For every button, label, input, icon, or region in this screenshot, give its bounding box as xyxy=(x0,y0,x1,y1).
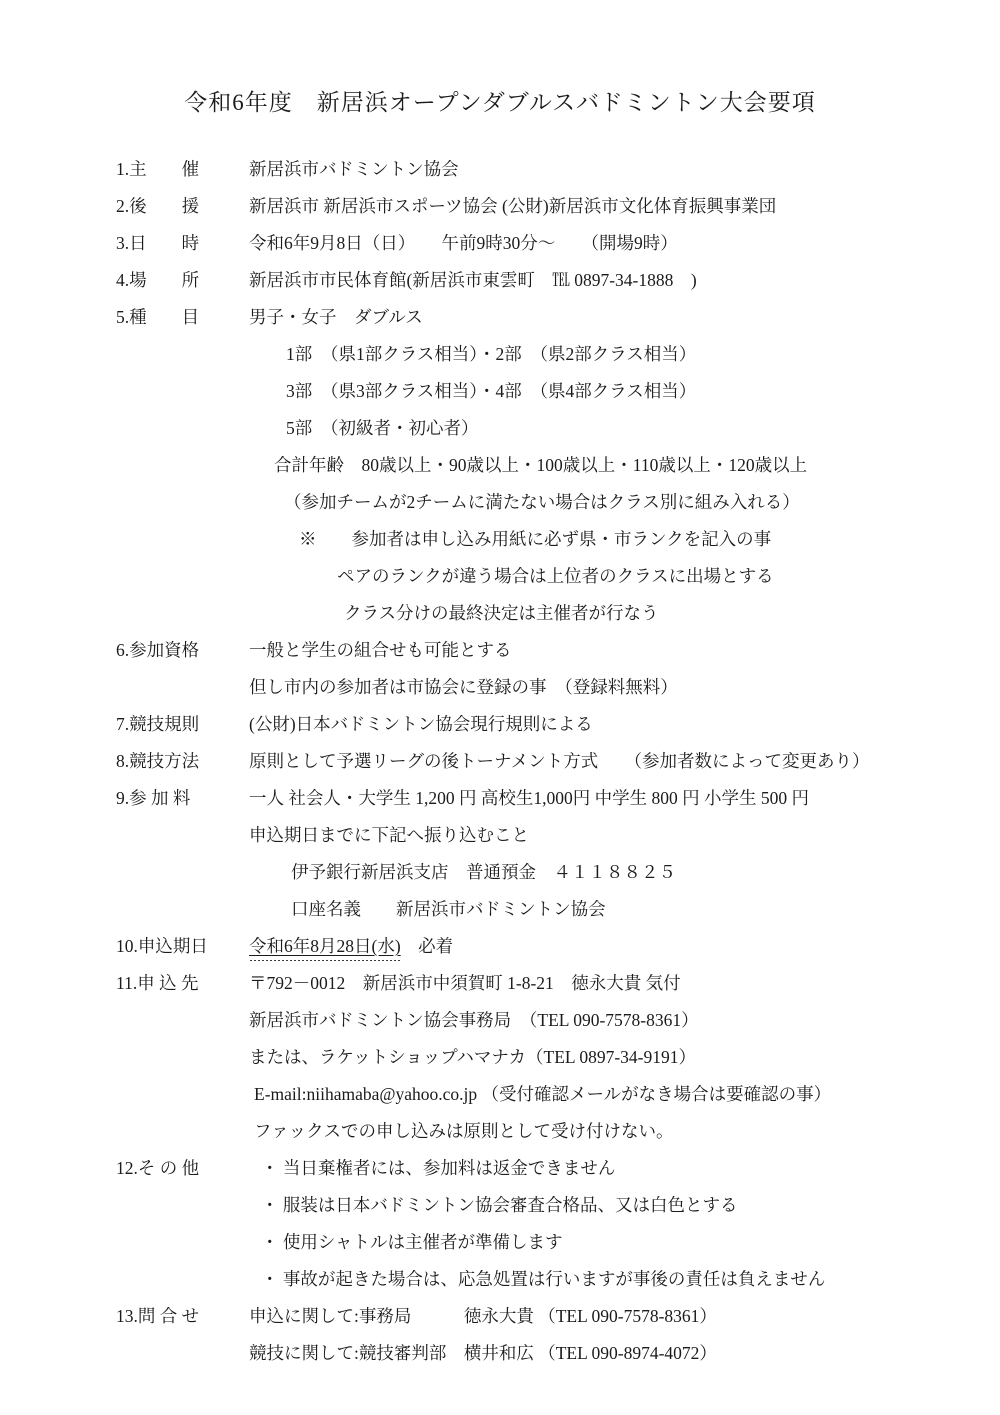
item-text: ※ 参加者は申し込み用紙に必ず県・市ランクを記入の事 xyxy=(299,521,771,558)
item-label: 4.場 所 xyxy=(116,262,249,299)
item-label: 13.問 合 せ xyxy=(116,1298,249,1335)
item-text: (公財)日本バドミントン協会現行規則による xyxy=(249,706,593,743)
item-label: 7.競技規則 xyxy=(116,706,249,743)
item-label: 12.そ の 他 xyxy=(116,1150,249,1187)
item-text: 〒792－0012 新居浜市中須賀町 1-8-21 徳永大貴 気付 xyxy=(249,965,681,1002)
row-pair-rank-note: ペアのランクが違う場合は上位者のクラスに出場とする xyxy=(116,558,970,595)
row-team-note: （参加チームが2チームに満たない場合はクラス別に組み入れる） xyxy=(116,484,970,521)
row-bank-account: 伊予銀行新居浜支店 普通預金 ４１１８８２５ xyxy=(116,854,970,891)
row-format: 8.競技方法 原則として予選リーグの後トーナメント方式 （参加者数によって変更あ… xyxy=(116,743,970,780)
item-text: 伊予銀行新居浜支店 普通預金 ４１１８８２５ xyxy=(291,854,676,891)
item-label: 1.主 催 xyxy=(116,151,249,188)
item-label: 9.参 加 料 xyxy=(116,780,249,817)
item-text: 3部 （県3部クラス相当）・4部 （県4部クラス相当） xyxy=(286,373,696,410)
row-application-office: 新居浜市バドミントン協会事務局 （TEL 090-7578-8361） xyxy=(116,1002,970,1039)
item-text: 一般と学生の組合せも可能とする xyxy=(249,632,512,669)
row-eligibility: 6.参加資格 一般と学生の組合せも可能とする xyxy=(116,632,970,669)
row-deadline: 10.申込期日 令和6年8月28日(水) 必着 xyxy=(116,928,970,965)
item-text: または、ラケットショップハマナカ（TEL 0897-34-9191） xyxy=(249,1039,696,1076)
document-title: 令和6年度 新居浜オープンダブルスバドミントン大会要項 xyxy=(0,0,1000,117)
item-text: 令和6年9月8日（日） 午前9時30分～ （開場9時） xyxy=(249,225,678,262)
row-payment-note: 申込期日までに下記へ振り込むこと xyxy=(116,817,970,854)
item-label: 2.後 援 xyxy=(116,188,249,225)
item-label: 11.申 込 先 xyxy=(116,965,249,1002)
row-account-name: 口座名義 新居浜市バドミントン協会 xyxy=(116,891,970,928)
row-entry-fee: 9.参 加 料 一人 社会人・大学生 1,200 円 高校生1,000円 中学生… xyxy=(116,780,970,817)
document-page: 令和6年度 新居浜オープンダブルスバドミントン大会要項 1.主 催 新居浜市バド… xyxy=(0,0,1000,1415)
item-text: 5部 （初級者・初心者） xyxy=(286,410,479,447)
item-label: 10.申込期日 xyxy=(116,928,249,965)
item-text: 但し市内の参加者は市協会に登録の事 （登録料無料） xyxy=(249,669,678,706)
item-text: 一人 社会人・大学生 1,200 円 高校生1,000円 中学生 800 円 小… xyxy=(249,780,809,817)
row-division-5: 5部 （初級者・初心者） xyxy=(116,410,970,447)
item-text: 男子・女子 ダブルス xyxy=(249,299,423,336)
row-eligibility-note: 但し市内の参加者は市協会に登録の事 （登録料無料） xyxy=(116,669,970,706)
item-text: 競技に関して:競技審判部 横井和広 （TEL 090-8974-4072） xyxy=(249,1335,717,1372)
row-other-refund: 12.そ の 他 ・ 当日棄権者には、参加料は返金できません xyxy=(116,1150,970,1187)
item-text: 申込期日までに下記へ振り込むこと xyxy=(249,817,529,854)
item-label: 5.種 目 xyxy=(116,299,249,336)
item-text: （参加チームが2チームに満たない場合はクラス別に組み入れる） xyxy=(284,484,800,521)
item-label: 3.日 時 xyxy=(116,225,249,262)
row-application-email: E-mail:niihamaba@yahoo.co.jp （受付確認メールがなき… xyxy=(116,1076,970,1113)
item-text: 新居浜市バドミントン協会事務局 （TEL 090-7578-8361） xyxy=(249,1002,699,1039)
row-venue: 4.場 所 新居浜市市民体育館(新居浜市東雲町 ℡ 0897-34-1888 ) xyxy=(116,262,970,299)
item-text: 令和6年8月28日(水) 必着 xyxy=(249,928,453,965)
row-age-total: 合計年齢 80歳以上・90歳以上・100歳以上・110歳以上・120歳以上 xyxy=(116,447,970,484)
document-body: 1.主 催 新居浜市バドミントン協会 2.後 援 新居浜市 新居浜市スポーツ協会… xyxy=(0,151,1000,1372)
row-application-fax-note: ファックスでの申し込みは原則として受け付けない。 xyxy=(116,1113,970,1150)
item-label: 8.競技方法 xyxy=(116,743,249,780)
row-datetime: 3.日 時 令和6年9月8日（日） 午前9時30分～ （開場9時） xyxy=(116,225,970,262)
row-divisions-1-2: 1部 （県1部クラス相当）・2部 （県2部クラス相当） xyxy=(116,336,970,373)
item-text: 合計年齢 80歳以上・90歳以上・100歳以上・110歳以上・120歳以上 xyxy=(274,447,807,484)
item-text: ・ 使用シャトルは主催者が準備します xyxy=(261,1224,563,1261)
item-text: 新居浜市バドミントン協会 xyxy=(249,151,459,188)
row-contact-entry: 13.問 合 せ 申込に関して:事務局 徳永大貴 （TEL 090-7578-8… xyxy=(116,1298,970,1335)
item-text: 申込に関して:事務局 徳永大貴 （TEL 090-7578-8361） xyxy=(249,1298,717,1335)
row-class-decision-note: クラス分けの最終決定は主催者が行なう xyxy=(116,595,970,632)
row-sponsor: 2.後 援 新居浜市 新居浜市スポーツ協会 (公財)新居浜市文化体育振興事業団 xyxy=(116,188,970,225)
row-other-shuttle: ・ 使用シャトルは主催者が準備します xyxy=(116,1224,970,1261)
item-text: 原則として予選リーグの後トーナメント方式 （参加者数によって変更あり） xyxy=(249,743,870,780)
row-rank-note: ※ 参加者は申し込み用紙に必ず県・市ランクを記入の事 xyxy=(116,521,970,558)
item-text: 新居浜市 新居浜市スポーツ協会 (公財)新居浜市文化体育振興事業団 xyxy=(249,188,776,225)
row-other-clothing: ・ 服装は日本バドミントン協会審査合格品、又は白色とする xyxy=(116,1187,970,1224)
deadline-suffix: 必着 xyxy=(401,936,454,956)
deadline-date-underlined: 令和6年8月28日(水) xyxy=(249,933,401,958)
row-application-address: 11.申 込 先 〒792－0012 新居浜市中須賀町 1-8-21 徳永大貴 … xyxy=(116,965,970,1002)
item-text: ペアのランクが違う場合は上位者のクラスに出場とする xyxy=(337,558,774,595)
item-text: 口座名義 新居浜市バドミントン協会 xyxy=(291,891,606,928)
item-text: ・ 服装は日本バドミントン協会審査合格品、又は白色とする xyxy=(261,1187,738,1224)
row-rules: 7.競技規則 (公財)日本バドミントン協会現行規則による xyxy=(116,706,970,743)
row-host: 1.主 催 新居浜市バドミントン協会 xyxy=(116,151,970,188)
item-label: 6.参加資格 xyxy=(116,632,249,669)
item-text: クラス分けの最終決定は主催者が行なう xyxy=(344,595,658,632)
row-other-accident: ・ 事故が起きた場合は、応急処置は行いますが事後の責任は負えません xyxy=(116,1261,970,1298)
row-contact-games: 競技に関して:競技審判部 横井和広 （TEL 090-8974-4072） xyxy=(116,1335,970,1372)
item-text: 新居浜市市民体育館(新居浜市東雲町 ℡ 0897-34-1888 ) xyxy=(249,262,697,299)
row-category: 5.種 目 男子・女子 ダブルス xyxy=(116,299,970,336)
item-text: 1部 （県1部クラス相当）・2部 （県2部クラス相当） xyxy=(286,336,696,373)
item-text: ・ 当日棄権者には、参加料は返金できません xyxy=(261,1150,615,1187)
item-text: ・ 事故が起きた場合は、応急処置は行いますが事後の責任は負えません xyxy=(261,1261,825,1298)
item-text: ファックスでの申し込みは原則として受け付けない。 xyxy=(254,1113,673,1150)
item-text: E-mail:niihamaba@yahoo.co.jp （受付確認メールがなき… xyxy=(254,1076,831,1113)
row-divisions-3-4: 3部 （県3部クラス相当）・4部 （県4部クラス相当） xyxy=(116,373,970,410)
row-application-shop: または、ラケットショップハマナカ（TEL 0897-34-9191） xyxy=(116,1039,970,1076)
